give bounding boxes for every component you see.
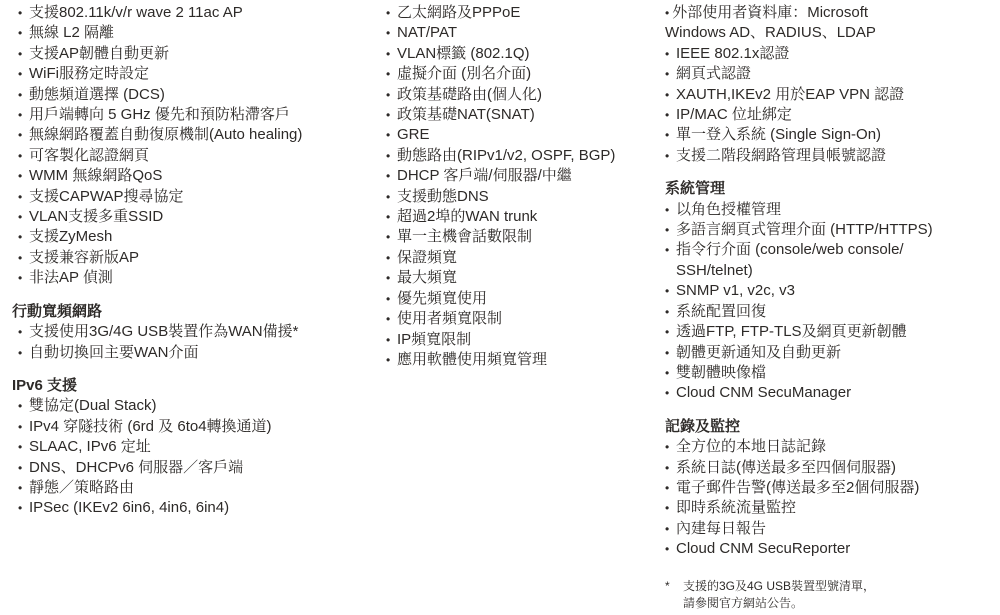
list-item-text: SNMP v1, v2c, v3 — [676, 281, 795, 301]
list-item: •VLAN支援多重SSID — [12, 207, 352, 227]
list-item-text: 支援CAPWAP搜尋協定 — [29, 187, 183, 207]
list-item-text: 以角色授權管理 — [676, 200, 781, 220]
list-item: •網頁式認證 — [665, 64, 1000, 84]
list-item: •支援二階段網路管理員帳號認證 — [665, 146, 1000, 166]
column-networking-bandwidth: •乙太網路及PPPoE•NAT/PAT•VLAN標籤 (802.1Q)•虛擬介面… — [386, 3, 681, 370]
list-item: •DHCP 客戶端/伺服器/中繼 — [386, 166, 681, 186]
list-item-text: DNS、DHCPv6 伺服器／客戶端 — [29, 458, 243, 478]
list-item: •單一主機會話數限制 — [386, 227, 681, 247]
list-item: •系統配置回復 — [665, 302, 1000, 322]
bullet-icon: • — [18, 343, 29, 363]
list-item: •以角色授權管理 — [665, 200, 1000, 220]
bullet-icon: • — [665, 146, 676, 166]
list-item: •可客製化認證網頁 — [12, 146, 352, 166]
list-item: •非法AP 偵測 — [12, 268, 352, 288]
list-item-text: 無線網路覆蓋自動復原機制(Auto healing) — [29, 125, 302, 145]
list-item-text: 政策基礎NAT(SNAT) — [397, 105, 535, 125]
list-item-text: IP/MAC 位址綁定 — [676, 105, 792, 125]
list-item: •政策基礎NAT(SNAT) — [386, 105, 681, 125]
list-item: •IPSec (IKEv2 6in6, 4in6, 6in4) — [12, 498, 352, 518]
bullet-icon: • — [665, 200, 676, 220]
list-item-text: 支援兼容新版AP — [29, 248, 139, 268]
list-item-text: 雙協定(Dual Stack) — [29, 396, 157, 416]
list-item-text: 可客製化認證網頁 — [29, 146, 149, 166]
bullet-icon: • — [665, 519, 676, 539]
list-item-text: WMM 無線網路QoS — [29, 166, 162, 186]
list-item-text: 靜態／策略路由 — [29, 478, 134, 498]
column-auth-system-logging: •外部使用者資料庫：MicrosoftWindows AD、RADIUS、LDA… — [665, 3, 1000, 613]
bullet-icon: • — [386, 187, 397, 207]
bullet-icon: • — [386, 248, 397, 268]
list-item-text: 內建每日報告 — [676, 519, 766, 539]
bullet-icon: • — [665, 437, 676, 457]
bullet-icon: • — [386, 309, 397, 329]
bullet-icon: • — [386, 105, 397, 125]
list-item-text: 最大頻寬 — [397, 268, 457, 288]
bullet-icon: • — [18, 146, 29, 166]
list-item: •透過FTP, FTP-TLS及網頁更新韌體 — [665, 322, 1000, 342]
list-item-text: 虛擬介面 (別名介面) — [397, 64, 531, 84]
list-item: •支援CAPWAP搜尋協定 — [12, 187, 352, 207]
bullet-icon: • — [386, 146, 397, 166]
list-item-text: 超過2埠的WAN trunk — [397, 207, 537, 227]
bullet-icon: • — [18, 187, 29, 207]
list-item: •支援AP韌體自動更新 — [12, 44, 352, 64]
list-item: •XAUTH,IKEv2 用於EAP VPN 認證 — [665, 85, 1000, 105]
list-item: •NAT/PAT — [386, 23, 681, 43]
bullet-icon: • — [386, 44, 397, 64]
list-item: •超過2埠的WAN trunk — [386, 207, 681, 227]
bullet-icon: • — [18, 44, 29, 64]
bullet-icon: • — [18, 85, 29, 105]
list-item: •WiFi服務定時設定 — [12, 64, 352, 84]
bullet-icon: • — [665, 302, 676, 322]
list-item: •支援動態DNS — [386, 187, 681, 207]
bullet-icon: • — [665, 105, 676, 125]
list-item: •SNMP v1, v2c, v3 — [665, 281, 1000, 301]
list-item: •應用軟體使用頻寬管理 — [386, 350, 681, 370]
list-item: •外部使用者資料庫：MicrosoftWindows AD、RADIUS、LDA… — [665, 3, 1000, 44]
bullet-icon: • — [18, 478, 29, 498]
bullet-icon: • — [386, 166, 397, 186]
list-item: •Cloud CNM SecuReporter — [665, 539, 1000, 559]
list-item-text: 支援二階段網路管理員帳號認證 — [676, 146, 886, 166]
list-item: •全方位的本地日誌記錄 — [665, 437, 1000, 457]
list-item: •DNS、DHCPv6 伺服器／客戶端 — [12, 458, 352, 478]
list-item-text: Cloud CNM SecuReporter — [676, 539, 850, 559]
bullet-icon: • — [665, 44, 676, 64]
list-item: •IP/MAC 位址綁定 — [665, 105, 1000, 125]
list-item: •雙韌體映像檔 — [665, 363, 1000, 383]
bullet-icon: • — [18, 125, 29, 145]
list-item: •Cloud CNM SecuManager — [665, 383, 1000, 403]
section-header: 行動寬頻網路 — [12, 302, 352, 322]
bullet-icon: • — [665, 85, 676, 105]
list-item: •政策基礎路由(個人化) — [386, 85, 681, 105]
list-item-text: 全方位的本地日誌記錄 — [676, 437, 826, 457]
list-item-text: 支援802.11k/v/r wave 2 11ac AP — [29, 3, 243, 23]
list-item: •支援802.11k/v/r wave 2 11ac AP — [12, 3, 352, 23]
list-item-text: 電子郵件告警(傳送最多至2個伺服器) — [676, 478, 919, 498]
list-item-text: GRE — [397, 125, 430, 145]
list-item-text: SLAAC, IPv6 定址 — [29, 437, 151, 457]
bullet-icon: • — [18, 227, 29, 247]
list-item-text: 透過FTP, FTP-TLS及網頁更新韌體 — [676, 322, 907, 342]
list-item: •SLAAC, IPv6 定址 — [12, 437, 352, 457]
bullet-icon: • — [18, 458, 29, 478]
list-item: •IEEE 802.1x認證 — [665, 44, 1000, 64]
bullet-icon: • — [386, 268, 397, 288]
list-item-text: VLAN標籤 (802.1Q) — [397, 44, 530, 64]
list-item-text: 應用軟體使用頻寬管理 — [397, 350, 547, 370]
list-item: •指令行介面 (console/web console/SSH/telnet) — [665, 240, 1000, 281]
list-item: •單一登入系統 (Single Sign-On) — [665, 125, 1000, 145]
list-item-text: 網頁式認證 — [676, 64, 751, 84]
list-item: •WMM 無線網路QoS — [12, 166, 352, 186]
list-item-text: 支援AP韌體自動更新 — [29, 44, 169, 64]
list-item: •GRE — [386, 125, 681, 145]
list-item-text: 支援ZyMesh — [29, 227, 112, 247]
list-item-text: 雙韌體映像檔 — [676, 363, 766, 383]
list-item: •自動切換回主要WAN介面 — [12, 343, 352, 363]
bullet-icon: • — [665, 281, 676, 301]
list-item: •保證頻寬 — [386, 248, 681, 268]
bullet-icon: • — [18, 64, 29, 84]
bullet-icon: • — [665, 383, 676, 403]
list-item-text: VLAN支援多重SSID — [29, 207, 163, 227]
bullet-icon: • — [665, 125, 676, 145]
column-wireless-mobile-ipv6: •支援802.11k/v/r wave 2 11ac AP•無線 L2 隔離•支… — [12, 3, 352, 519]
list-item: •IPv4 穿隧技術 (6rd 及 6to4轉換通道) — [12, 417, 352, 437]
list-item-text: 系統日誌(傳送最多至四個伺服器) — [676, 458, 896, 478]
bullet-icon: • — [18, 207, 29, 227]
list-item: •即時系統流量監控 — [665, 498, 1000, 518]
bullet-icon: • — [386, 289, 397, 309]
list-item: •韌體更新通知及自動更新 — [665, 343, 1000, 363]
bullet-icon: • — [665, 220, 676, 240]
section-header: 系統管理 — [665, 179, 1000, 199]
bullet-icon: • — [386, 23, 397, 43]
list-item-text: 動態頻道選擇 (DCS) — [29, 85, 165, 105]
list-item: •使用者頻寬限制 — [386, 309, 681, 329]
bullet-icon: • — [386, 64, 397, 84]
list-item: •支援使用3G/4G USB裝置作為WAN備援* — [12, 322, 352, 342]
list-item-text: WiFi服務定時設定 — [29, 64, 149, 84]
bullet-icon: • — [18, 248, 29, 268]
list-item-text: IP頻寬限制 — [397, 330, 471, 350]
bullet-icon: • — [665, 478, 676, 498]
section-header: IPv6 支援 — [12, 376, 352, 396]
bullet-icon: • — [386, 227, 397, 247]
bullet-icon: • — [386, 207, 397, 227]
list-item: •靜態／策略路由 — [12, 478, 352, 498]
footnote-text: 支援的3G及4G USB裝置型號清單，請參閱官方網站公告。 — [683, 578, 875, 613]
list-item-text: IPSec (IKEv2 6in6, 4in6, 6in4) — [29, 498, 229, 518]
list-item: •優先頻寬使用 — [386, 289, 681, 309]
bullet-icon: • — [18, 322, 29, 342]
list-item-text: 系統配置回復 — [676, 302, 766, 322]
bullet-icon: • — [386, 330, 397, 350]
bullet-icon: • — [665, 498, 676, 518]
list-item-text: 非法AP 偵測 — [29, 268, 113, 288]
list-item-text: 自動切換回主要WAN介面 — [29, 343, 198, 363]
list-item-text: Cloud CNM SecuManager — [676, 383, 851, 403]
list-item: •虛擬介面 (別名介面) — [386, 64, 681, 84]
bullet-icon: • — [18, 396, 29, 416]
bullet-icon: • — [665, 64, 676, 84]
list-item-text: 支援使用3G/4G USB裝置作為WAN備援* — [29, 322, 298, 342]
bullet-icon: • — [386, 350, 397, 370]
list-item-text: 用戶端轉向 5 GHz 優先和預防粘滯客戶 — [29, 105, 290, 125]
bullet-icon: • — [665, 6, 669, 20]
bullet-icon: • — [18, 23, 29, 43]
bullet-icon: • — [18, 417, 29, 437]
bullet-icon: • — [665, 458, 676, 478]
bullet-icon: • — [665, 363, 676, 383]
list-item-text: 外部使用者資料庫：MicrosoftWindows AD、RADIUS、LDAP — [665, 4, 876, 41]
list-item-text: IPv4 穿隧技術 (6rd 及 6to4轉換通道) — [29, 417, 272, 437]
list-item: •無線網路覆蓋自動復原機制(Auto healing) — [12, 125, 352, 145]
list-item: •動態路由(RIPv1/v2, OSPF, BGP) — [386, 146, 681, 166]
bullet-icon: • — [18, 166, 29, 186]
list-item-text: IEEE 802.1x認證 — [676, 44, 789, 64]
list-item: •IP頻寬限制 — [386, 330, 681, 350]
bullet-icon: • — [665, 539, 676, 559]
bullet-icon: • — [665, 240, 676, 281]
bullet-icon: • — [18, 268, 29, 288]
spec-sheet-page: •支援802.11k/v/r wave 2 11ac AP•無線 L2 隔離•支… — [0, 0, 1000, 615]
list-item-text: 政策基礎路由(個人化) — [397, 85, 542, 105]
footnote-marker: * — [665, 578, 683, 613]
bullet-icon: • — [386, 3, 397, 23]
bullet-icon: • — [386, 85, 397, 105]
footnote: *支援的3G及4G USB裝置型號清單，請參閱官方網站公告。 — [665, 578, 1000, 613]
list-item: •支援ZyMesh — [12, 227, 352, 247]
list-item: •電子郵件告警(傳送最多至2個伺服器) — [665, 478, 1000, 498]
section-header: 記錄及監控 — [665, 417, 1000, 437]
list-item-text: 即時系統流量監控 — [676, 498, 796, 518]
list-item-text: 乙太網路及PPPoE — [397, 3, 520, 23]
list-item-text: DHCP 客戶端/伺服器/中繼 — [397, 166, 572, 186]
bullet-icon: • — [665, 343, 676, 363]
list-item-text: 支援動態DNS — [397, 187, 489, 207]
bullet-icon: • — [18, 498, 29, 518]
list-item-text: 指令行介面 (console/web console/SSH/telnet) — [676, 240, 904, 281]
list-item: •系統日誌(傳送最多至四個伺服器) — [665, 458, 1000, 478]
list-item: •乙太網路及PPPoE — [386, 3, 681, 23]
list-item: •用戶端轉向 5 GHz 優先和預防粘滯客戶 — [12, 105, 352, 125]
bullet-icon: • — [18, 3, 29, 23]
bullet-icon: • — [665, 322, 676, 342]
list-item-text: 保證頻寬 — [397, 248, 457, 268]
list-item-text: 優先頻寬使用 — [397, 289, 487, 309]
list-item-text: XAUTH,IKEv2 用於EAP VPN 認證 — [676, 85, 904, 105]
list-item: •VLAN標籤 (802.1Q) — [386, 44, 681, 64]
bullet-icon: • — [18, 105, 29, 125]
list-item-text: NAT/PAT — [397, 23, 457, 43]
list-item: •內建每日報告 — [665, 519, 1000, 539]
list-item-text: 動態路由(RIPv1/v2, OSPF, BGP) — [397, 146, 615, 166]
list-item-text: 無線 L2 隔離 — [29, 23, 114, 43]
list-item: •動態頻道選擇 (DCS) — [12, 85, 352, 105]
list-item: •支援兼容新版AP — [12, 248, 352, 268]
list-item-text: 單一登入系統 (Single Sign-On) — [676, 125, 881, 145]
list-item-text: 韌體更新通知及自動更新 — [676, 343, 841, 363]
bullet-icon: • — [386, 125, 397, 145]
bullet-icon: • — [18, 437, 29, 457]
list-item: •雙協定(Dual Stack) — [12, 396, 352, 416]
list-item: •多語言網頁式管理介面 (HTTP/HTTPS) — [665, 220, 1000, 240]
list-item-text: 單一主機會話數限制 — [397, 227, 532, 247]
list-item: •無線 L2 隔離 — [12, 23, 352, 43]
list-item-text: 多語言網頁式管理介面 (HTTP/HTTPS) — [676, 220, 933, 240]
list-item: •最大頻寬 — [386, 268, 681, 288]
list-item-text: 使用者頻寬限制 — [397, 309, 502, 329]
